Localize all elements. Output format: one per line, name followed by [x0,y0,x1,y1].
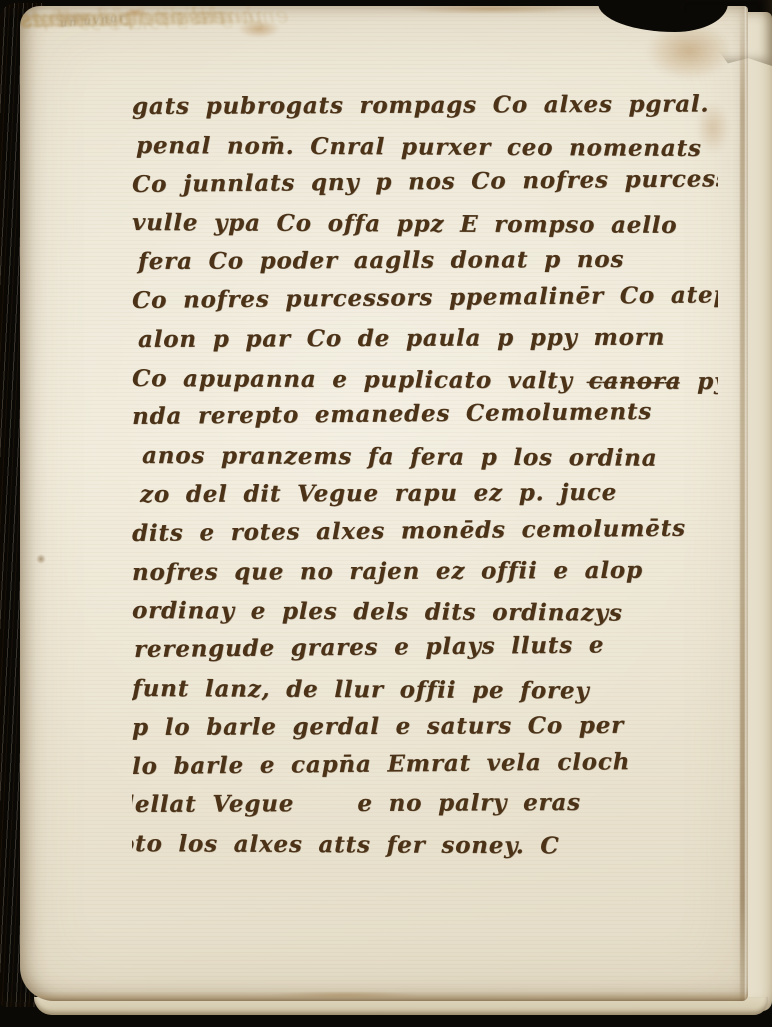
manuscript-line: alon p par Co de paula p ppy morn [138,318,718,359]
ink-stain [400,6,580,14]
manuscript-photo: un uvnur emanedes cemoluments rompags co… [0,0,772,1027]
manuscript-line: nda rerepto emanedes Cemoluments [132,393,718,437]
manuscript-line: dits e rotes alxes monēds cemolumēts [132,509,718,553]
manuscript-line: Co nofres purcessors ppemalinēr Co ateps [132,276,718,320]
handwritten-text-block: gats pubrogats rompags Co alxes pgral. p… [132,88,718,864]
manuscript-line: p lo barle gerdal e saturs Co per [132,706,718,747]
manuscript-line: lo barle e capn̄a Emrat vela cloch [132,742,718,786]
manuscript-line: rerengude grares e plays lluts e [134,626,718,670]
manuscript-line: nofres que no rajen ez offii e alop [132,551,718,592]
page-fold-crease [740,6,746,1001]
manuscript-page: un uvnur emanedes cemoluments rompags co… [20,6,748,1001]
ink-stain [36,554,46,564]
manuscript-line: funt lanz, de llur offii pe forey [132,670,718,712]
manuscript-line: zo del dit Vegue rapu ez p. juce [140,473,718,514]
manuscript-line: gats pubrogats rompags Co alxes pgral. [132,88,718,127]
page-bottom-deckle-edge [20,992,748,1001]
bleedthrough-text: no palry eras [20,6,167,32]
manuscript-line: anos pranzems fa fera p los ordina [142,437,718,479]
manuscript-line: Co junnlats qny p nos Co nofres purcesso… [132,160,718,204]
manuscript-line: roto los alxes atts fer soney. C [132,825,718,864]
manuscript-line: fera Co poder aaglls donat p nos [138,241,718,282]
manuscript-line: dellat Vegue e no palry eras [132,784,718,825]
